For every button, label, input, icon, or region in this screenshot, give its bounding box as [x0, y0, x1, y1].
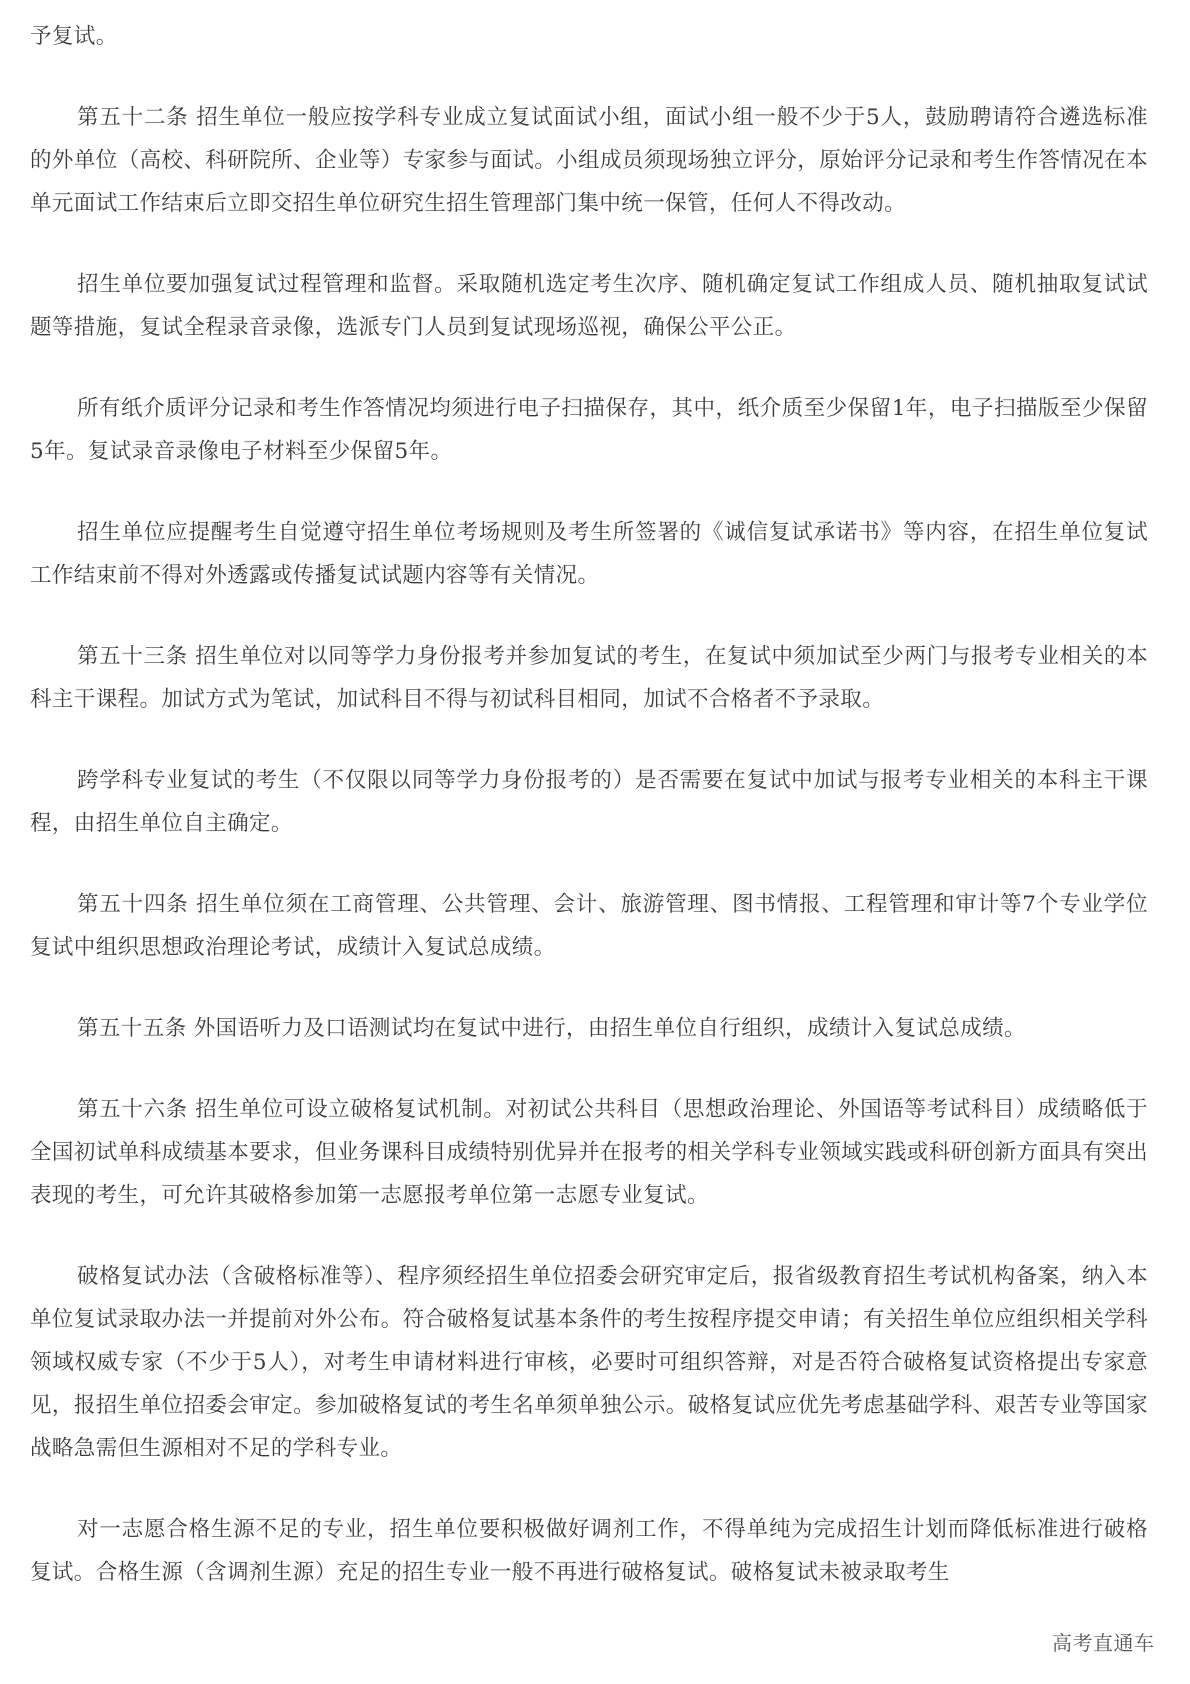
paragraph-record-retention: 所有纸介质评分记录和考生作答情况均须进行电子扫描保存，其中，纸介质至少保留1年，…: [30, 387, 1148, 473]
paragraph-article-56: 第五十六条 招生单位可设立破格复试机制。对初试公共科目（思想政治理论、外国语等考…: [30, 1088, 1148, 1217]
paragraph-integrity-pledge: 招生单位应提醒考生自觉遵守招生单位考场规则及考生所签署的《诚信复试承诺书》等内容…: [30, 511, 1148, 597]
paragraph-article-52: 第五十二条 招生单位一般应按学科专业成立复试面试小组，面试小组一般不少于5人，鼓…: [30, 96, 1148, 225]
paragraph-continuation: 予复试。: [30, 15, 1148, 58]
paragraph-exceptional-procedure: 破格复试办法（含破格标准等）、程序须经招生单位招委会研究审定后，报省级教育招生考…: [30, 1255, 1148, 1470]
paragraph-article-54: 第五十四条 招生单位须在工商管理、公共管理、会计、旅游管理、图书情报、工程管理和…: [30, 883, 1148, 969]
paragraph-process-supervision: 招生单位要加强复试过程管理和监督。采取随机选定考生次序、随机确定复试工作组成人员…: [30, 263, 1148, 349]
watermark-label: 高考直通车: [1052, 1627, 1155, 1656]
paragraph-article-53: 第五十三条 招生单位对以同等学力身份报考并参加复试的考生，在复试中须加试至少两门…: [30, 635, 1148, 721]
paragraph-article-55: 第五十五条 外国语听力及口语测试均在复试中进行，由招生单位自行组织，成绩计入复试…: [30, 1007, 1148, 1050]
paragraph-insufficient-applicants: 对一志愿合格生源不足的专业，招生单位要积极做好调剂工作，不得单纯为完成招生计划而…: [30, 1508, 1148, 1594]
document-body: 予复试。 第五十二条 招生单位一般应按学科专业成立复试面试小组，面试小组一般不少…: [30, 15, 1148, 1632]
paragraph-cross-discipline: 跨学科专业复试的考生（不仅限以同等学力身份报考的）是否需要在复试中加试与报考专业…: [30, 759, 1148, 845]
